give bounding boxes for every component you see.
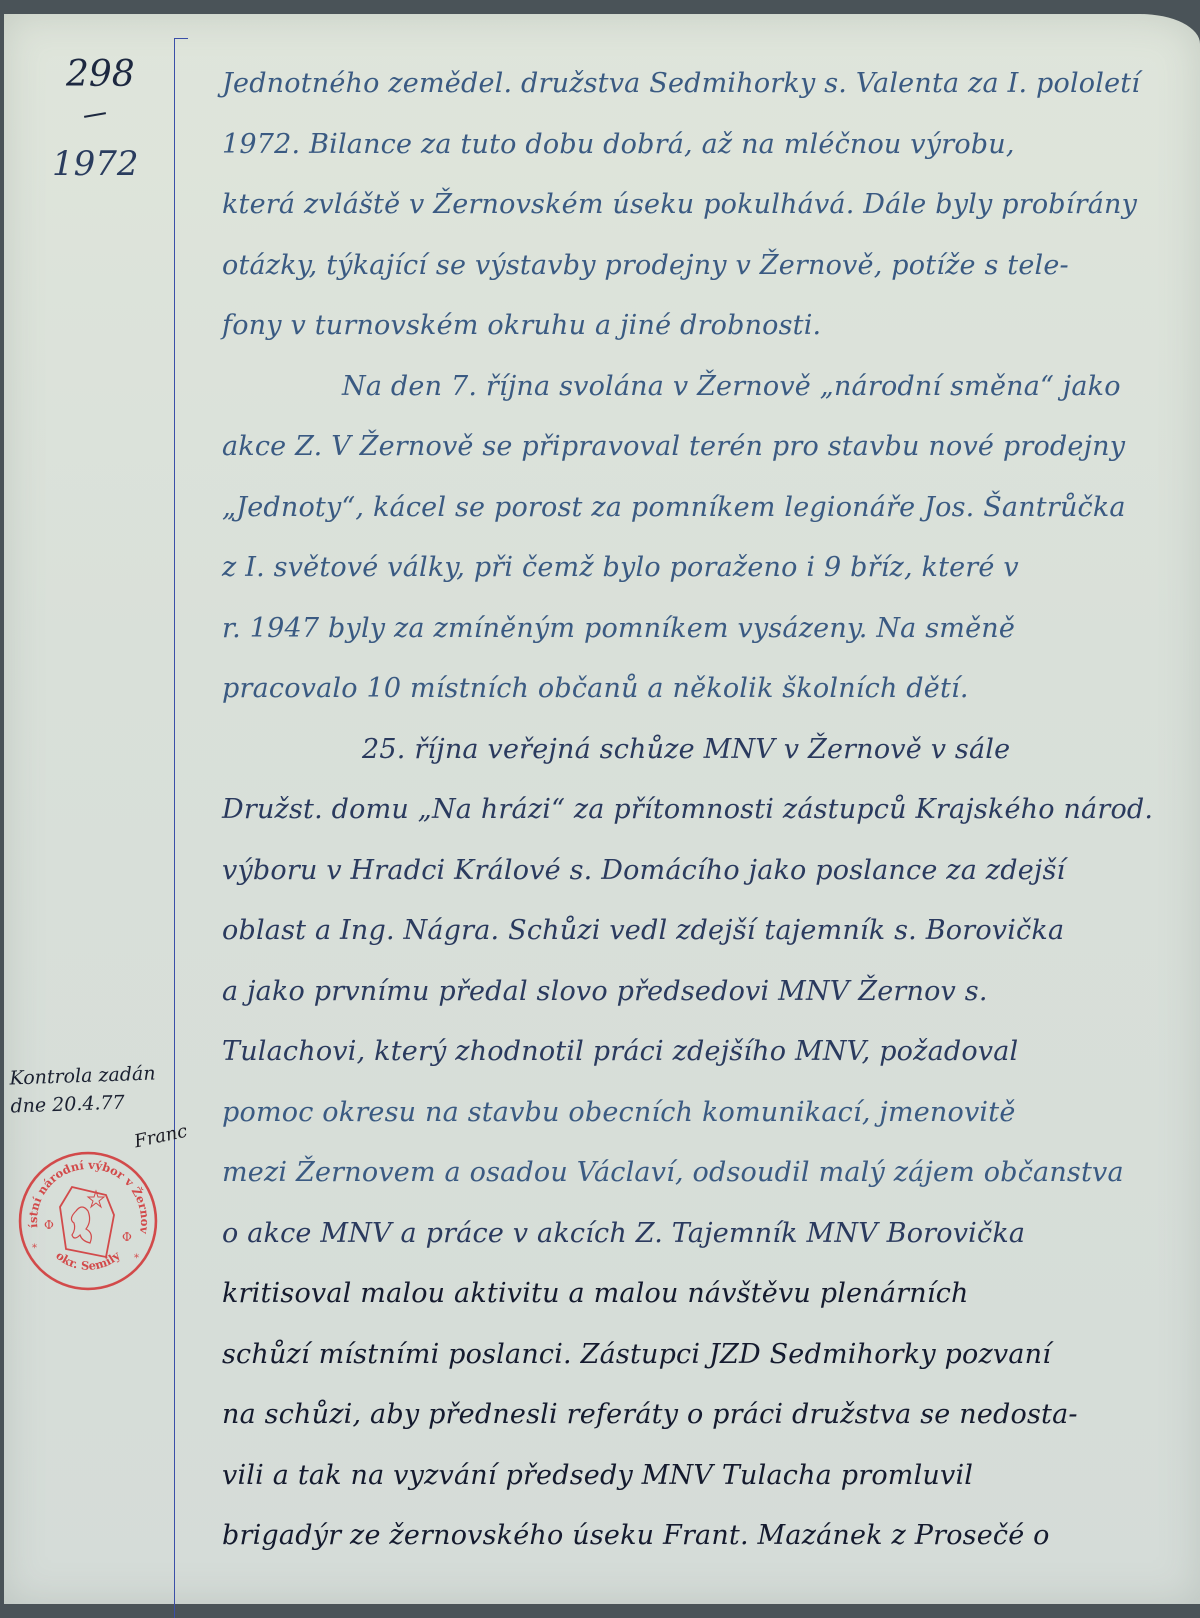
stamp-text-top: Místní národní výbor v Žernově	[16, 1149, 152, 1235]
margin-control-note: Kontrola zadán dne 20.4.77	[9, 1059, 157, 1120]
margin-rule-tick	[174, 38, 188, 39]
text-line: která zvláště v Žernovském úseku pokulhá…	[222, 175, 1182, 236]
text-line: vili a tak na vyzvání předsedy MNV Tulac…	[222, 1446, 1182, 1507]
page-number: 298	[66, 54, 135, 95]
text-line: Na den 7. října svolána v Žernově „národ…	[222, 357, 1182, 418]
text-line: brigadýr ze žernovského úseku Frant. Maz…	[222, 1506, 1182, 1567]
text-line: Jednotného zemědel. družstva Sedmihorky …	[222, 54, 1182, 115]
text-line: fony v turnovském okruhu a jiné drobnost…	[222, 296, 1182, 357]
text-line: výboru v Hradci Králové s. Domácího jako…	[222, 841, 1182, 902]
svg-text:*: *	[134, 1253, 139, 1264]
text-line: na schůzi, aby přednesli referáty o prác…	[222, 1385, 1182, 1446]
text-line: akce Z. V Žernově se připravoval terén p…	[222, 417, 1182, 478]
svg-text:Místní národní výbor v Žernově: Místní národní výbor v Žernově	[16, 1149, 152, 1235]
svg-text:Φ: Φ	[122, 1230, 132, 1244]
handwritten-entry: Jednotného zemědel. družstva Sedmihorky …	[222, 54, 1182, 1567]
svg-text:*: *	[32, 1243, 37, 1254]
signature: Franc	[132, 1121, 189, 1153]
text-line: z I. světové války, při čemž bylo poraže…	[222, 538, 1182, 599]
svg-text:okr. Semily: okr. Semily	[53, 1248, 123, 1273]
text-line: schůzí místními poslanci. Zástupci JZD S…	[222, 1325, 1182, 1386]
margin-note-line-1: Kontrola zadán	[9, 1059, 156, 1092]
text-line: r. 1947 byly za zmíněným pomníkem vysáze…	[222, 599, 1182, 660]
text-line: Tulachovi, který zhodnotil práci zdejšíh…	[222, 1022, 1182, 1083]
text-line: pomoc okresu na stavbu obecních komunika…	[222, 1083, 1182, 1144]
margin-rule	[174, 38, 175, 1600]
ledger-page: 298 1972 Kontrola zadán dne 20.4.77 Fran…	[4, 14, 1200, 1600]
text-line: oblast a Ing. Nágra. Schůzi vedl zdejší …	[222, 901, 1182, 962]
official-stamp-icon: Místní národní výbor v Žernově okr. Semi…	[16, 1149, 160, 1293]
text-line: mezi Žernovem a osadou Václaví, odsoudil…	[222, 1143, 1182, 1204]
text-line: a jako prvnímu předal slovo předsedovi M…	[222, 962, 1182, 1023]
margin-year: 1972	[52, 144, 139, 184]
stamp-text-bottom: okr. Semily	[53, 1248, 123, 1273]
text-line: „Jednoty“, kácel se porost za pomníkem l…	[222, 478, 1182, 539]
margin-note-line-2: dne 20.4.77	[10, 1087, 157, 1120]
text-line: pracovalo 10 místních občanů a několik š…	[222, 659, 1182, 720]
svg-text:Φ: Φ	[44, 1218, 54, 1232]
text-line: o akce MNV a práce v akcích Z. Tajemník …	[222, 1204, 1182, 1265]
text-line: 25. října veřejná schůze MNV v Žernově v…	[222, 720, 1182, 781]
text-line: 1972. Bilance za tuto dobu dobrá, až na …	[222, 115, 1182, 176]
text-line: otázky, týkající se výstavby prodejny v …	[222, 236, 1182, 297]
text-line: Družst. domu „Na hrázi“ za přítomnosti z…	[222, 780, 1182, 841]
page-number-underline	[84, 112, 106, 118]
text-line: kritisoval malou aktivitu a malou návště…	[222, 1264, 1182, 1325]
